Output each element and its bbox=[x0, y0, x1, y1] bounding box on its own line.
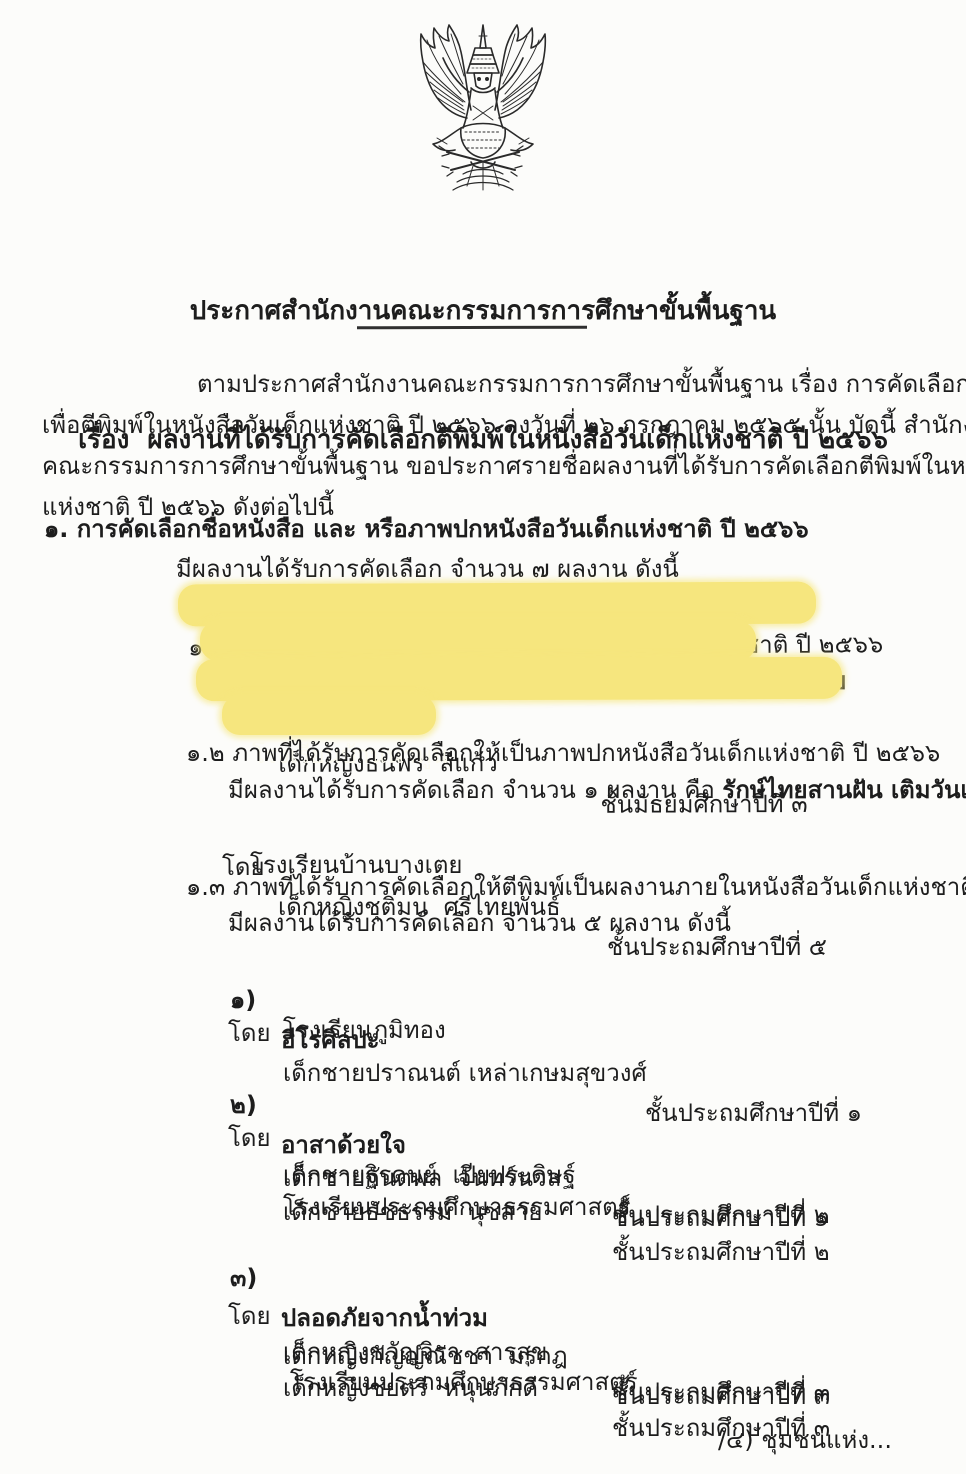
sub13-count: มีผลงานได้รับการคัดเลือก จำนวน ๕ ผลงาน ด… bbox=[228, 903, 731, 943]
item2-entry-row: โดย เด็กชายกันตพล จันทร์นวล ชั้นประถมศึก… bbox=[0, 1078, 966, 1118]
intro-text-1: ตามประกาศสำนักงานคณะกรรมการการศึกษาขั้นพ… bbox=[197, 364, 966, 404]
sub12-result-prefix: มีผลงานได้รับการคัดเลือก จำนวน ๑ ผลงาน ค… bbox=[228, 776, 722, 804]
item3-school: โรงเรียนประถมศึกษาธรรมศาสตร์ bbox=[290, 1362, 638, 1402]
item3-entry-row: เด็กหญิงขวัญจิรา สารสุข ชั้นประถมศึกษาปี… bbox=[0, 1292, 966, 1332]
item3-entry-row: โดย เด็กหญิงกัญญ์ณัชชา มรกฎ ชั้นประถมศึก… bbox=[0, 1256, 966, 1296]
intro-text-3: คณะกรรมการการศึกษาขั้นพื้นฐาน ขอประกาศรา… bbox=[42, 446, 966, 486]
item1-entry-row: โดย เด็กชายปราณนต์ เหล่าเกษมสุขวงศ์ ชั้น… bbox=[0, 973, 966, 1013]
highlight-sub11-result: มีผลงานได้รับการคัดเลือก จำนวน ๑ ผลงาน ค… bbox=[200, 621, 756, 661]
intro-line: เพื่อตีพิมพ์ในหนังสือวันเด็กแห่งชาติ ปี … bbox=[0, 405, 966, 445]
page-continuation-mark: /๔) ชุมชนแห่ง... bbox=[718, 1420, 892, 1459]
sub12-result: มีผลงานได้รับการคัดเลือก จำนวน ๑ ผลงาน ค… bbox=[228, 770, 966, 810]
sub13-heading-row: ๑.๓ ภาพที่ได้รับการคัดเลือกให้ตีพิมพ์เป็… bbox=[0, 867, 966, 907]
sub13-heading: ๑.๓ ภาพที่ได้รับการคัดเลือกให้ตีพิมพ์เป็… bbox=[186, 867, 966, 907]
sub12-heading-row: ๑.๒ ภาพที่ได้รับการคัดเลือกให้เป็นภาพปกห… bbox=[0, 733, 966, 773]
item3-title-row: ๓) ปลอดภัยจากน้ำท่วม bbox=[0, 1218, 966, 1258]
document-page: ประกาศสำนักงานคณะกรรมการการศึกษาขั้นพื้น… bbox=[0, 0, 966, 1474]
item2-entry-row: เด็กชายธัชธรรม์ นุชสาย ชั้นประถมศึกษาปีท… bbox=[0, 1152, 966, 1192]
sub13-count-row: มีผลงานได้รับการคัดเลือก จำนวน ๕ ผลงาน ด… bbox=[0, 903, 966, 943]
sub12-heading: ๑.๒ ภาพที่ได้รับการคัดเลือกให้เป็นภาพปกห… bbox=[186, 733, 940, 773]
intro-text-2: เพื่อตีพิมพ์ในหนังสือวันเด็กแห่งชาติ ปี … bbox=[42, 405, 966, 445]
title-divider bbox=[357, 326, 587, 330]
sub12-author-row: โดย เด็กหญิงชุติมน ศรีไทยพันธ์ ชั้นประถม… bbox=[0, 807, 966, 847]
highlight-sub11-heading: ๑.๑ ชื่อที่ได้รับการคัดเลือกให้เป็นชื่อห… bbox=[178, 582, 816, 627]
section1-heading-row: ๑. การคัดเลือกชื่อหนังสือ และ หรือภาพปกห… bbox=[0, 509, 966, 549]
sub12-result-title: รักษ์ไทยสานฝัน เติมวันเติมวัย bbox=[722, 776, 966, 804]
garuda-emblem-icon bbox=[402, 22, 564, 200]
intro-line: ตามประกาศสำนักงานคณะกรรมการการศึกษาขั้นพ… bbox=[0, 364, 966, 404]
item1-school: โรงเรียนภูมิทอง bbox=[283, 1010, 446, 1050]
intro-line: คณะกรรมการการศึกษาขั้นพื้นฐาน ขอประกาศรา… bbox=[0, 446, 966, 486]
item2-entry-row: เด็กชายฐิรดนย์ เปียประดิษฐ์ ชั้นประถมศึก… bbox=[0, 1115, 966, 1155]
section1-heading: ๑. การคัดเลือกชื่อหนังสือ และ หรือภาพปกห… bbox=[44, 509, 809, 549]
highlight-sub11-school: โรงเรียนบ้านนาพูน bbox=[222, 695, 436, 735]
item3-school-row: โรงเรียนประถมศึกษาธรรมศาสตร์ bbox=[0, 1362, 966, 1402]
sub12-result-row: มีผลงานได้รับการคัดเลือก จำนวน ๑ ผลงาน ค… bbox=[0, 770, 966, 810]
item1-school-row: โรงเรียนภูมิทอง bbox=[0, 1010, 966, 1050]
